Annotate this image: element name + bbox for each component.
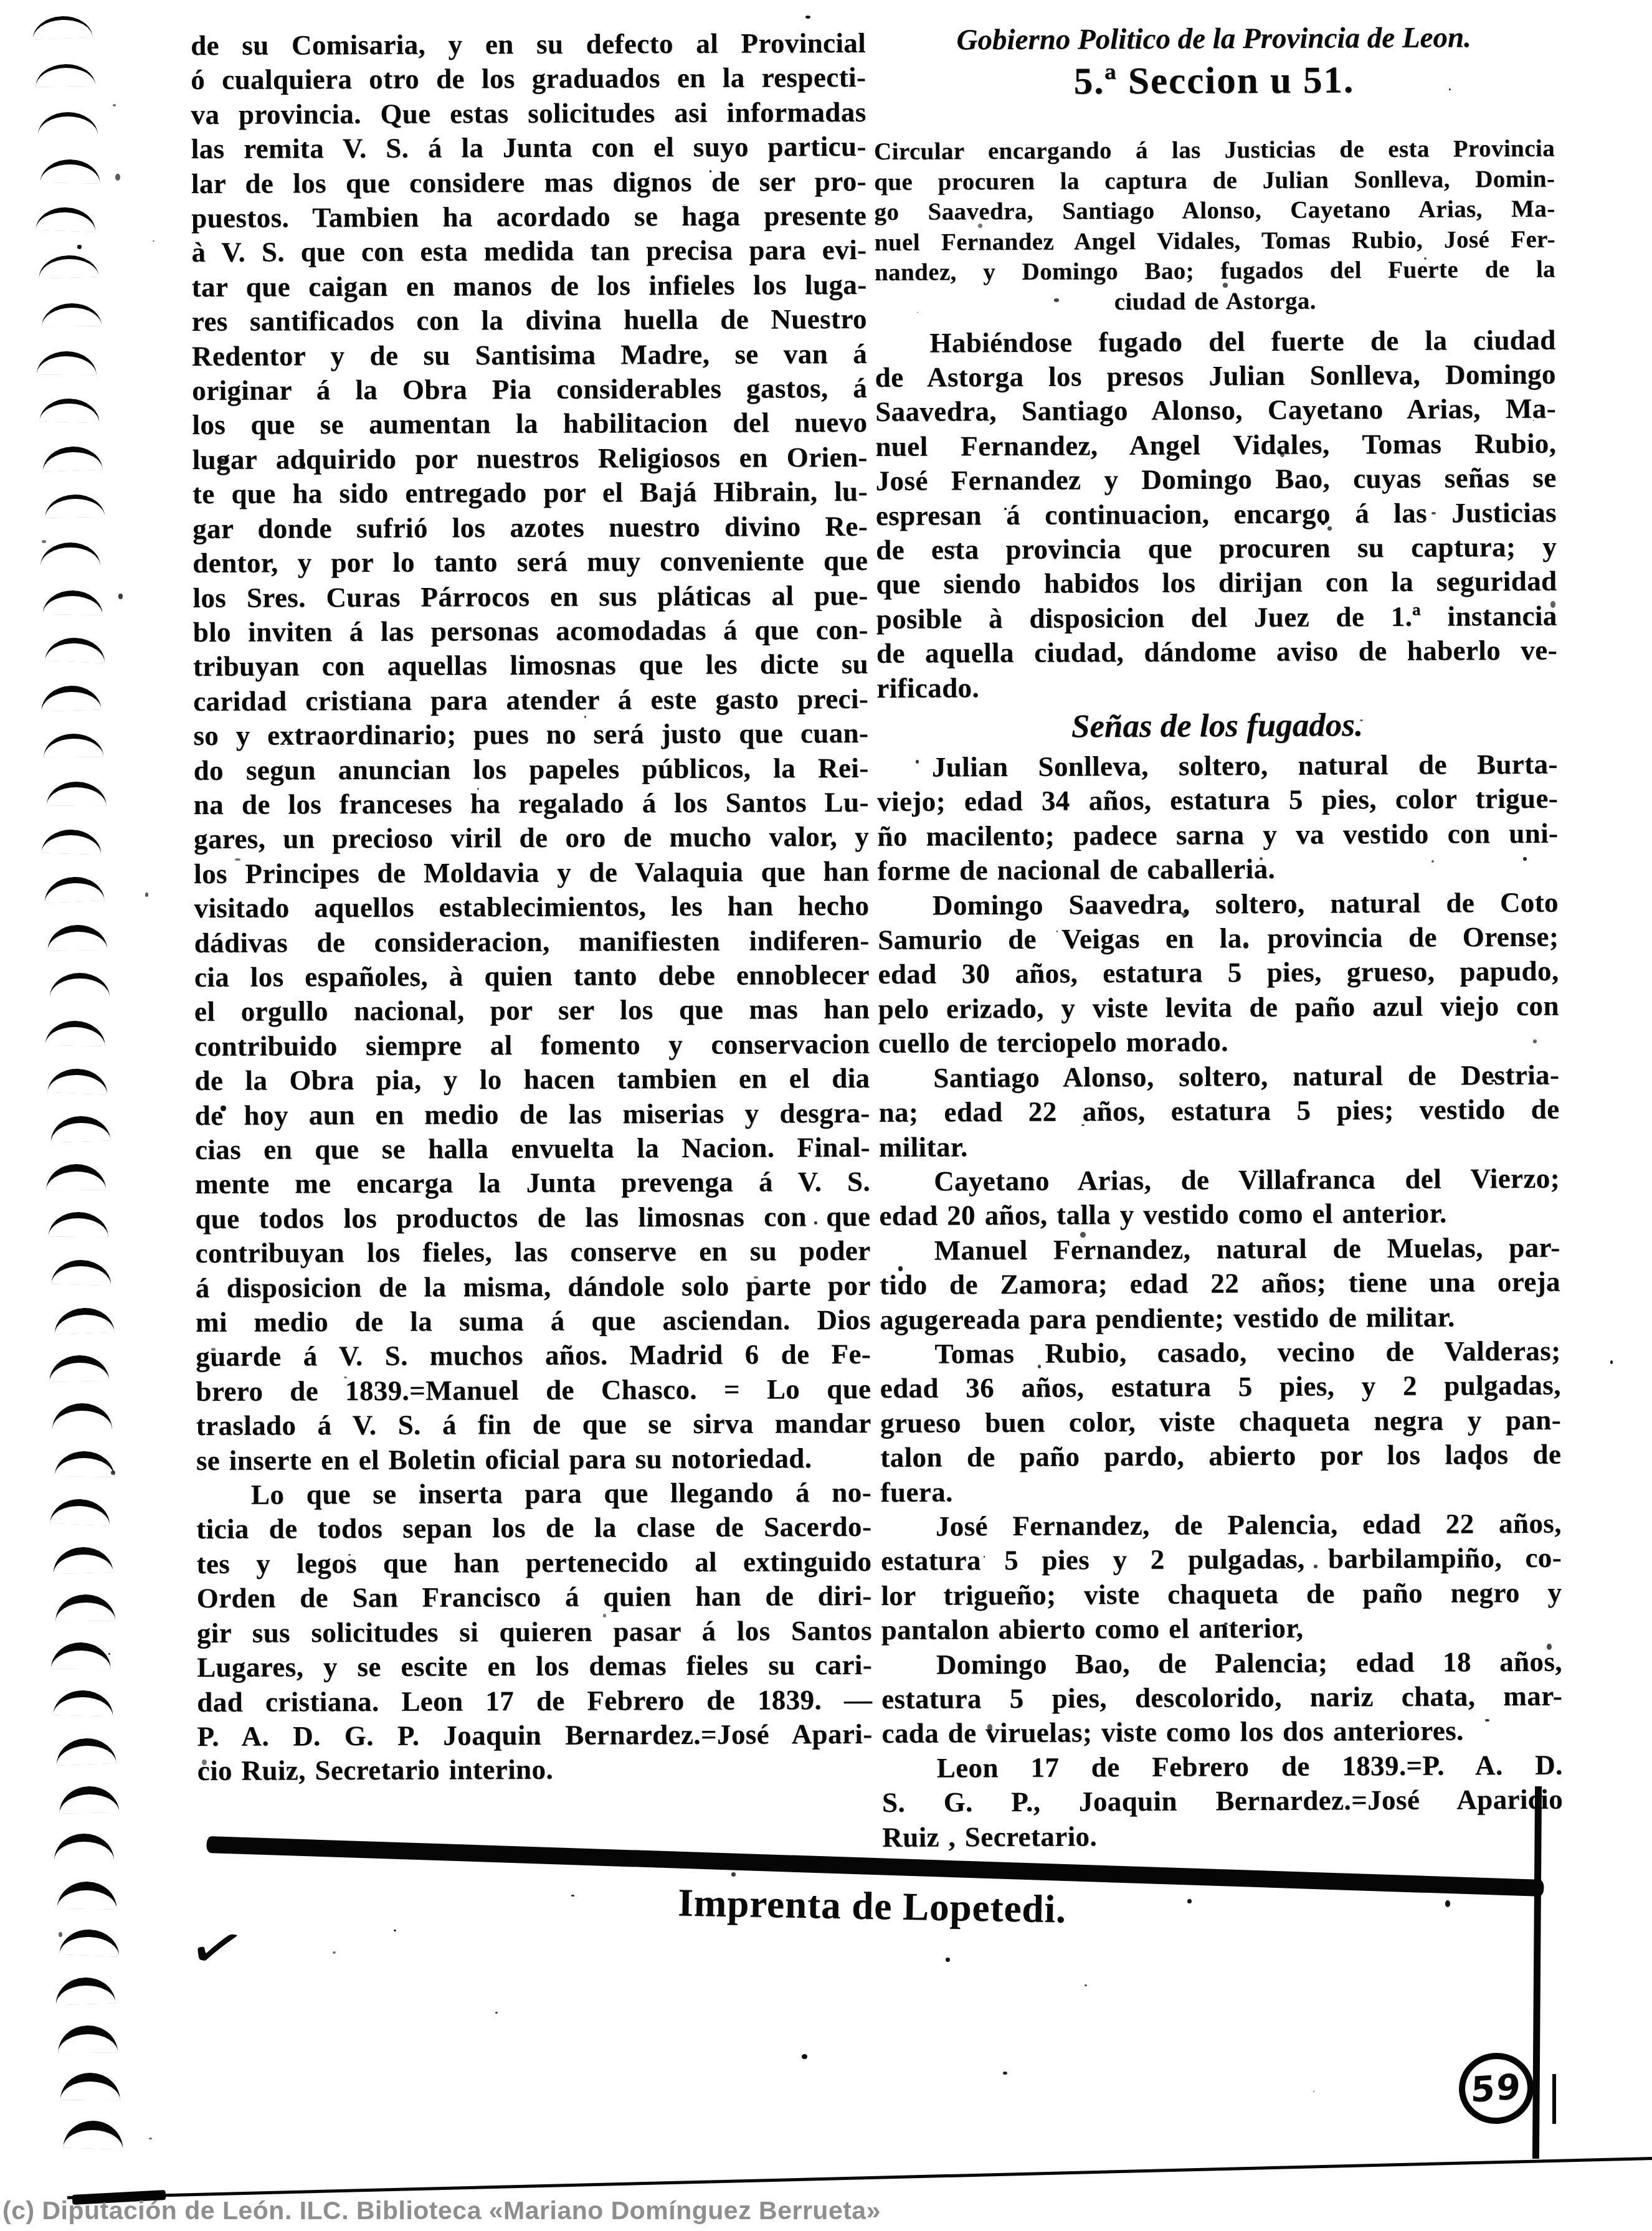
binding-mark [45, 1020, 105, 1046]
binding-mark [50, 1498, 111, 1526]
text-line: brero de 1839.=Manuel de Chasco. = Lo qu… [196, 1372, 871, 1409]
binding-mark [50, 1115, 111, 1143]
binding-mark [54, 1834, 114, 1860]
senas-heading: Señas de los fugados. [876, 705, 1557, 747]
ink-speck [1243, 942, 1248, 949]
text-line: de hoy aun en medio de las miserias y de… [195, 1096, 870, 1133]
text-line: nandez, y Domingo Bao; fugados del Fuert… [875, 255, 1555, 288]
text-line: dádivas de consideracion, manifiesten in… [194, 923, 870, 960]
binding-mark [47, 924, 107, 951]
binding-mark [51, 1259, 112, 1286]
text-line: estatura 5 pies y 2 pulgadas, barbilampi… [881, 1541, 1562, 1579]
text-line: mi medio de la suma á que asciendan. Dio… [196, 1303, 871, 1340]
text-line: ciudad de Astorga. [875, 285, 1555, 319]
text-line: de aquella ciudad, dándome aviso de habe… [876, 633, 1557, 671]
ink-speck [59, 1932, 62, 1937]
text-line: Julian Sonlleva, soltero, natural de Bur… [877, 747, 1558, 785]
text-line: tribuyan con aquellas limosnas que les d… [193, 647, 868, 684]
ink-speck [805, 16, 810, 19]
text-line: Domingo Saavedra, soltero, natural de Co… [878, 885, 1559, 923]
text-line: cada de viruelas; viste como los dos ant… [881, 1713, 1562, 1751]
text-line: gar donde sufrió los azotes nuestro divi… [192, 509, 868, 547]
text-line: Habiéndose fugado del fuerte de la ciuda… [875, 323, 1555, 361]
binding-mark [54, 1307, 115, 1335]
ink-speck [149, 2138, 152, 2139]
senas-descriptions: Julian Sonlleva, soltero, natural de Bur… [877, 747, 1564, 1855]
binding-mark [36, 206, 97, 232]
ink-speck [1182, 912, 1186, 916]
text-line: Tomas Rubio, casado, vecino de Valderas; [880, 1334, 1560, 1372]
text-line: los que se aumentan la habilitacion del … [192, 405, 867, 443]
ink-speck [1085, 1984, 1088, 1987]
text-line: cio Ruiz, Secretario interino. [197, 1751, 873, 1789]
text-line: gares, un precioso viril de oro de mucho… [194, 820, 869, 857]
handwritten-page-number: 59 [1455, 2049, 1537, 2128]
ink-speck [603, 1614, 607, 1618]
ink-speck [1550, 601, 1556, 607]
text-line: na; edad 22 años, estatura 5 pies; vesti… [878, 1092, 1559, 1130]
ink-speck [108, 1653, 110, 1655]
ink-speck [987, 1724, 993, 1730]
ink-speck [1445, 1900, 1450, 1907]
ink-speck [754, 1276, 757, 1279]
text-line: te que ha sido entregado por el Bajá Hib… [192, 475, 868, 512]
text-line: dad cristiana. Leon 17 de Febrero de 183… [197, 1682, 872, 1720]
binding-mark [50, 973, 110, 997]
ink-speck [1327, 526, 1332, 531]
binding-mark [59, 1928, 120, 1957]
text-line: mente me encarga la Junta prevenga á V. … [195, 1165, 870, 1202]
text-line: Circular encargando á las Justicias de e… [874, 134, 1555, 168]
text-line: espresan á continuacion, encargo á las J… [876, 495, 1557, 533]
text-line: à V. S. que con esta medida tan precisa … [191, 233, 866, 270]
text-line: P. A. D. G. P. Joaquin Bernardez.=José A… [197, 1717, 872, 1755]
text-line: Orden de San Francisco á quien han de di… [197, 1579, 872, 1616]
text-line: el orgullo nacional, por ser los que mas… [194, 992, 870, 1030]
left-text-column: de su Comisaria, y en su defecto al Prov… [191, 26, 873, 1789]
ink-speck [1523, 857, 1527, 861]
ink-speck [394, 1930, 396, 1931]
ink-speck [42, 540, 46, 543]
text-line: que procuren la captura de Julian Sonlle… [874, 164, 1555, 197]
text-line: viejo; edad 34 años, estatura 5 pies, co… [877, 782, 1558, 820]
binding-mark [55, 1594, 115, 1622]
text-line: militar. [879, 1127, 1560, 1165]
text-line: posible à disposicion del Juez de 1.ª in… [876, 599, 1557, 637]
page-number-value: 59 [1470, 2066, 1522, 2110]
text-line: tar que caigan en manos de los infieles … [191, 268, 866, 305]
ink-speck [153, 240, 154, 241]
text-line: Redentor y de su Santisima Madre, se van… [192, 336, 867, 374]
library-copyright: (c) Diputación de León. ILC. Biblioteca … [2, 2196, 881, 2225]
government-header-title: Gobierno Politico de la Provincia de Leo… [873, 18, 1554, 60]
ink-speck [333, 1951, 336, 1954]
text-line: cia los españoles, à quien tanto debe en… [194, 958, 870, 995]
binding-mark [40, 685, 101, 712]
binding-mark [45, 637, 107, 663]
printer-imprint: Imprenta de Lopetedi. [635, 1879, 1109, 1933]
ink-speck [118, 594, 123, 599]
ink-speck [1286, 1563, 1289, 1566]
binding-mark [39, 398, 100, 424]
binding-mark [54, 1690, 114, 1717]
text-line: pelo erizado, y viste levita de paño azu… [878, 989, 1559, 1027]
text-line: va provincia. Que estas solicitudes asi … [191, 95, 866, 133]
text-line: pantalon abierto como el anterior, [881, 1610, 1562, 1648]
ink-speck [1108, 578, 1114, 583]
scan-edge-dash [1552, 2074, 1556, 2124]
binding-mark [51, 1642, 111, 1670]
ink-speck [731, 1872, 736, 1876]
ink-speck [1533, 420, 1534, 421]
handwritten-check-mark: ✓ [181, 1908, 252, 1989]
text-line: puestos. Tambien ha acordado se haga pre… [191, 199, 866, 236]
text-line: cias en que se halla envuelta la Nacion.… [195, 1130, 870, 1168]
text-line: fuera. [880, 1472, 1561, 1510]
ink-speck [814, 1221, 817, 1224]
text-line: contribuido siempre al fomento y conserv… [194, 1027, 870, 1064]
scan-bottom-line [67, 2157, 1652, 2199]
text-line: de su Comisaria, y en su defecto al Prov… [191, 26, 866, 64]
text-line: visitado aquellos establecimientos, les … [194, 889, 869, 926]
binding-mark [52, 1546, 113, 1574]
text-line: cuello de terciopelo morado. [878, 1023, 1559, 1061]
text-line: las remita V. S. á la Junta con el suyo … [191, 130, 866, 167]
ink-speck [1081, 1124, 1085, 1126]
text-line: grueso buen color, viste chaqueta negra … [880, 1403, 1561, 1441]
text-line: Domingo Bao, de Palencia; edad 18 años, [881, 1644, 1562, 1682]
text-line: lar de los que considere mas dignos de s… [191, 164, 866, 201]
binding-mark [52, 1403, 112, 1429]
text-line: Santiago Alonso, soltero, natural de Des… [878, 1058, 1559, 1096]
text-line: se inserte en el Boletin oficial para su… [196, 1441, 871, 1478]
text-line: go Saavedra, Santiago Alonso, Cayetano A… [874, 194, 1555, 228]
binding-mark [47, 1068, 108, 1095]
text-line: tido de Zamora; edad 22 años; tiene una … [880, 1265, 1560, 1303]
text-line: Ruiz , Secretario. [882, 1817, 1563, 1855]
ink-speck [1610, 1360, 1613, 1363]
text-line: los Sres. Curas Párrocos en sus pláticas… [192, 578, 868, 615]
text-line: estatura 5 pies, descolorido, nariz chat… [881, 1679, 1562, 1717]
text-line: edad 20 años, talla y vestido como el an… [879, 1196, 1560, 1234]
ink-speck [984, 1556, 985, 1557]
text-line: nuel Fernandez Angel Vidales, Tomas Rubi… [875, 224, 1555, 258]
ink-speck [1533, 1040, 1537, 1044]
binding-mark [32, 15, 93, 40]
ink-speck [235, 858, 240, 861]
binding-mark [43, 590, 103, 615]
text-line: nuel Fernandez, Angel Vidales, Tomas Rub… [875, 426, 1556, 464]
binding-mark [55, 1451, 115, 1477]
binding-mark [55, 1976, 115, 2005]
ink-speck [145, 893, 148, 897]
binding-mark [57, 1881, 117, 1910]
ink-speck [673, 1701, 675, 1702]
ink-speck [802, 2054, 807, 2059]
binding-mark [35, 64, 95, 87]
text-line: traslado á V. S. á fin de que se sirva m… [196, 1406, 871, 1444]
text-line: gir sus solicitudes si quieren pasar á l… [197, 1614, 872, 1651]
text-line: ño macilento; padece sarna y va vestido … [877, 816, 1558, 854]
binding-mark [42, 445, 103, 472]
text-line: lor trigueño; viste chaqueta de paño neg… [881, 1575, 1562, 1613]
text-line: S. G. P., Joaquin Bernardez.=José Aparic… [882, 1783, 1563, 1821]
text-line: na de los franceses ha regalado á los Sa… [194, 785, 869, 823]
text-line: agugereada para pendiente; vestido de mi… [880, 1299, 1560, 1337]
binding-mark [60, 2073, 120, 2101]
ink-speck [571, 1895, 574, 1897]
binding-mark [38, 112, 98, 135]
text-line: José Fernandez y Domingo Bao, cuyas seña… [875, 461, 1556, 499]
ink-speck [202, 1760, 207, 1765]
ink-speck [301, 462, 305, 467]
text-line: Cayetano Arias, de Villafranca del Vierz… [879, 1162, 1560, 1200]
binding-mark [49, 1211, 108, 1237]
ink-speck [946, 1958, 950, 1962]
text-line: Leon 17 de Febrero de 1839.=P. A. D. [882, 1748, 1563, 1786]
text-line: de Astorga los presos Julian Sonlleva, D… [875, 358, 1556, 396]
text-line: rificado. [876, 668, 1557, 706]
binding-mark [44, 733, 103, 757]
binding-mark [44, 876, 105, 903]
text-line: contribuyan los fieles, las conserve en … [195, 1234, 870, 1271]
text-line: guarde á V. S. muchos años. Madrid 6 de … [196, 1337, 871, 1375]
text-line: res santificados con la divina huella de… [192, 302, 867, 339]
ink-speck [115, 174, 121, 181]
ink-speck [113, 104, 116, 107]
binding-mark [37, 351, 97, 375]
binding-mark [45, 494, 105, 518]
text-line: do segun anuncian los papeles públicos, … [193, 751, 868, 788]
binding-mark [40, 542, 100, 566]
ink-speck [111, 1471, 115, 1475]
scanned-document-page: de su Comisaria, y en su defecto al Prov… [0, 0, 1652, 2231]
text-line: ticia de todos sepan los de la clase de … [196, 1510, 871, 1547]
text-line: José Fernandez, de Palencia, edad 22 año… [881, 1507, 1562, 1545]
text-line: que todos los productos de las limosnas … [195, 1200, 870, 1237]
ink-speck [1313, 2091, 1314, 2092]
right-text-column: Gobierno Politico de la Provincia de Leo… [873, 18, 1563, 1855]
text-line: los Principes de Moldavia y de Valaquia … [194, 855, 869, 892]
text-line: edad 30 años, estatura 5 pies, grueso, p… [878, 954, 1559, 992]
ink-speck [1223, 283, 1228, 287]
binding-mark [39, 255, 99, 279]
ink-speck [77, 245, 82, 249]
ink-speck [1003, 2072, 1007, 2075]
binding-mark [58, 2025, 118, 2053]
ink-speck [1187, 1899, 1192, 1903]
text-line: de la Obra pia, y lo hacen tambien en el… [194, 1061, 870, 1099]
text-line: dentor, y por lo tanto será muy convenie… [192, 544, 868, 581]
text-line: edad 36 años, estatura 5 pies, y 2 pulga… [880, 1368, 1561, 1406]
text-line: so y extraordinario; pues no será justo … [193, 716, 868, 754]
binding-mark [40, 159, 101, 184]
binding-mark [56, 1737, 117, 1766]
ink-speck [413, 984, 415, 987]
text-line: Manuel Fernandez, natural de Muelas, par… [880, 1230, 1560, 1268]
ink-speck [495, 2012, 498, 2014]
ink-speck [219, 151, 222, 154]
section-number-heading: 5.ª Seccion u 51. [873, 57, 1554, 106]
text-line: Lo que se inserta para que llegando á no… [196, 1475, 871, 1513]
text-line: á disposicion de la misma, dándole solo … [196, 1268, 871, 1305]
text-line: Saavedra, Santiago Alonso, Cayetano Aria… [875, 392, 1556, 430]
ink-speck [584, 716, 587, 718]
ink-speck [978, 224, 982, 229]
text-line: Lugares, y se escite en los demas fieles… [197, 1648, 872, 1685]
binding-mark [41, 828, 102, 855]
ink-speck [1547, 1644, 1552, 1650]
text-line: talon de paño pardo, abierto por los lad… [880, 1438, 1561, 1475]
ink-speck [211, 1348, 216, 1350]
binding-mark [46, 1164, 106, 1191]
text-line: originar á la Obra Pia considerables gas… [192, 371, 867, 409]
text-line: forme de nacional de caballeria. [878, 851, 1559, 889]
text-line: Samurio de Veigas en la provincia de Ore… [878, 920, 1559, 958]
binding-mark [63, 2120, 123, 2150]
binding-mark [49, 1355, 110, 1382]
binding-mark [46, 781, 106, 806]
text-line: caridad cristiana para atender á este ga… [193, 682, 868, 719]
ink-speck [952, 546, 956, 548]
ink-speck [1056, 931, 1058, 932]
binding-mark [59, 1786, 119, 1814]
text-line: ó cualquiera otro de los graduados en la… [191, 60, 866, 98]
ink-speck [1054, 298, 1059, 302]
text-line: que siendo habidos los dirijan con la se… [876, 564, 1557, 602]
ink-speck [477, 788, 479, 790]
circular-summary: Circular encargando á las Justicias de e… [874, 134, 1555, 319]
text-line: lugar adquirido por nuestros Religiosos … [192, 440, 868, 478]
ink-speck [1360, 719, 1363, 722]
binding-mark [41, 303, 101, 326]
text-line: blo inviten á las personas acomodadas á … [193, 613, 868, 650]
text-line: tes y legos que han pertenecido al extin… [196, 1545, 871, 1582]
text-line: de esta provincia que procuren su captur… [876, 530, 1557, 568]
circular-body: Habiéndose fugado del fuerte de la ciuda… [875, 323, 1557, 706]
ink-speck [1321, 521, 1325, 524]
